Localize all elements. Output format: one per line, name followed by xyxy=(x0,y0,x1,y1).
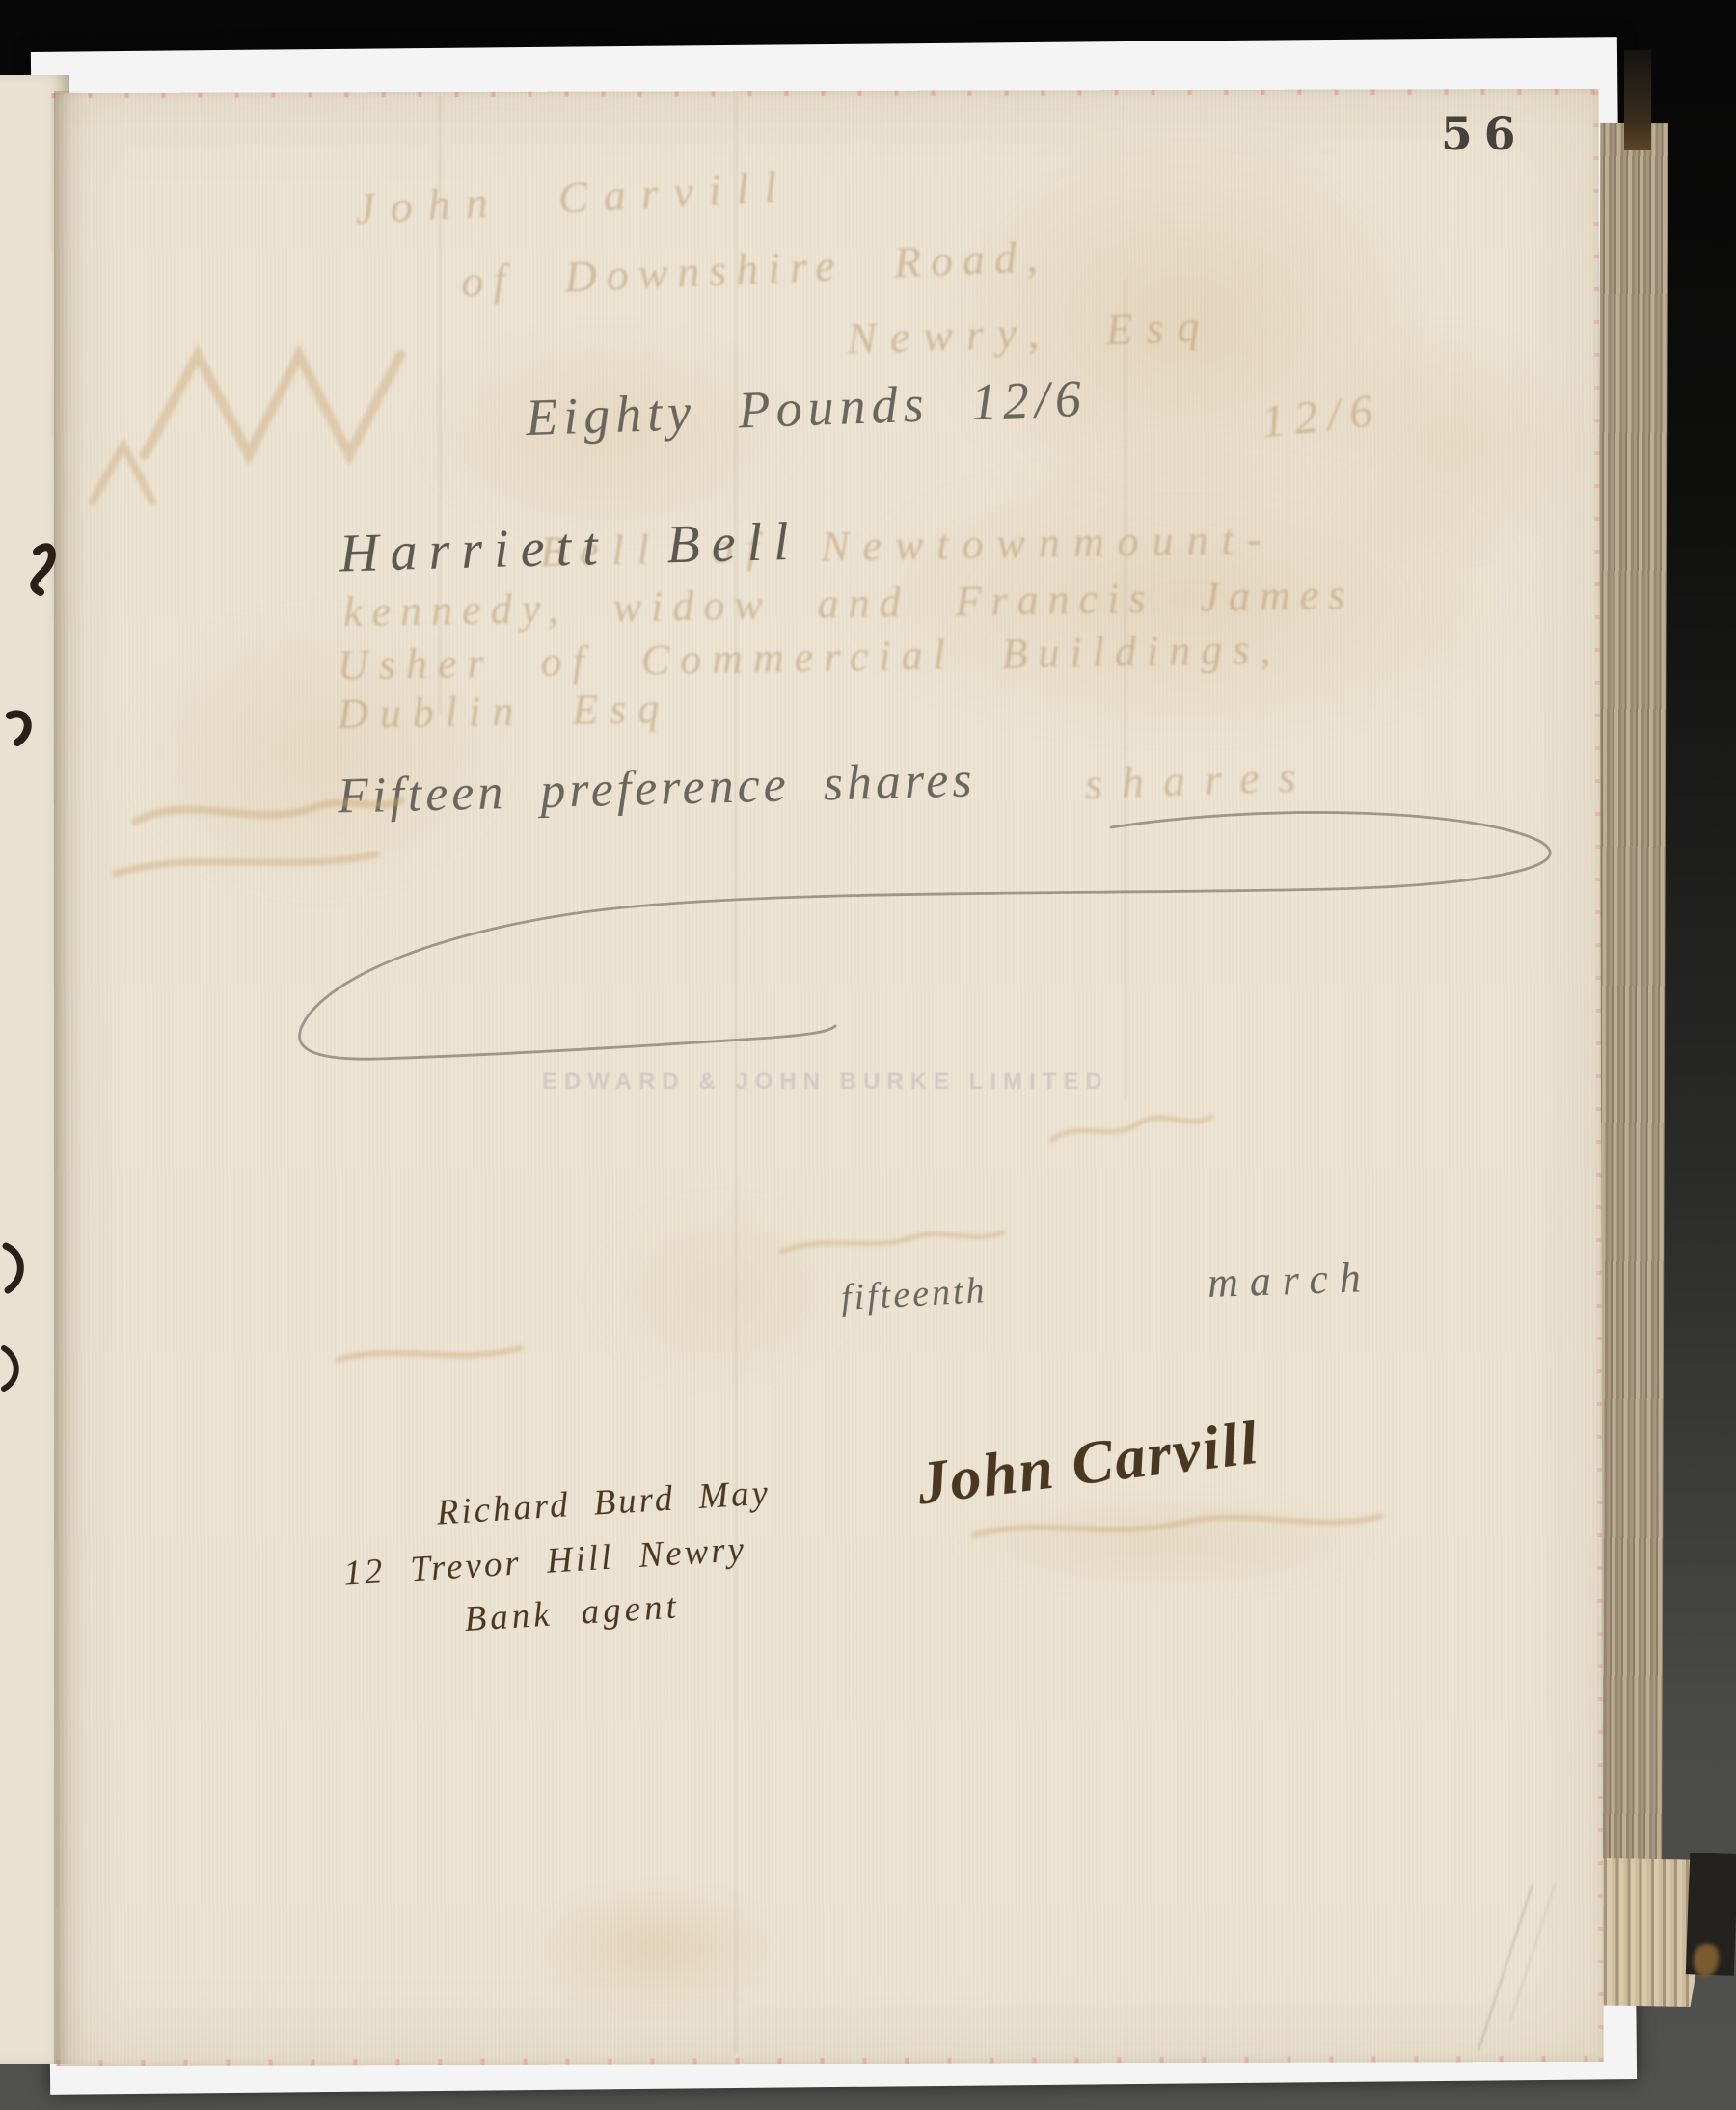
date-month-pencil: march xyxy=(1207,1253,1372,1308)
transferee-faded-line-4: Dublin Esq xyxy=(338,684,671,739)
book-fore-edge xyxy=(1594,123,1668,1985)
paper-stain xyxy=(1302,318,1591,569)
shares-echo: shares xyxy=(1084,750,1316,809)
paper-stain xyxy=(579,1186,868,1398)
scanned-ledger-photo: 56 John Carvill of Downshire Road, Newry… xyxy=(0,0,1736,2110)
witness-block: Richard Burd May 12 Trevor Hill Newry Ba… xyxy=(339,1473,778,1648)
gutter-shadow xyxy=(54,91,87,2064)
date-day-pencil: fifteenth xyxy=(840,1269,989,1319)
paper-crease xyxy=(1125,280,1126,1099)
page-number-stamp: 56 xyxy=(1441,108,1527,161)
transferee-pencil: Harriett Bell xyxy=(339,511,800,584)
paper-stain xyxy=(521,1880,791,2015)
company-stamp-showthrough: EDWARD & JOHN BURKE LIMITED xyxy=(542,1069,1109,1096)
binding-sliver xyxy=(1624,50,1651,150)
